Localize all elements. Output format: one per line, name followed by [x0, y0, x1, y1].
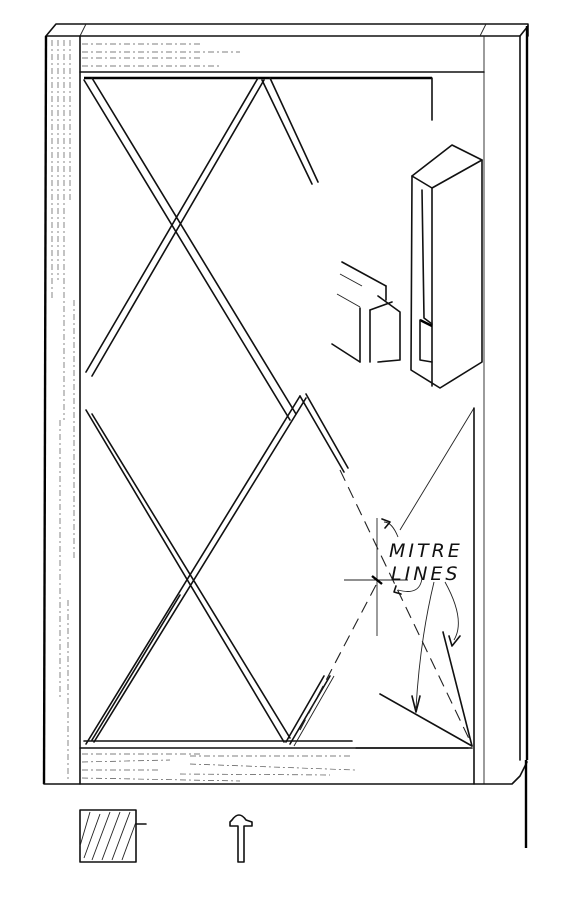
- mortise-stile: [411, 145, 482, 388]
- outer-frame: [44, 24, 528, 848]
- tenon-rail: [332, 262, 400, 362]
- mitre-lines-label: MITRE: [389, 540, 463, 562]
- frame-section: [80, 810, 146, 862]
- left-stile-grain: [52, 40, 74, 780]
- mitre-construction: [300, 408, 474, 784]
- bar-section: [230, 815, 252, 862]
- bottom-rail: [80, 741, 468, 781]
- glazing-bars: [84, 78, 348, 746]
- mitre-lines-label-2: LINES: [391, 563, 460, 585]
- top-rail: [80, 44, 484, 120]
- window-frame-illustration: [0, 0, 576, 908]
